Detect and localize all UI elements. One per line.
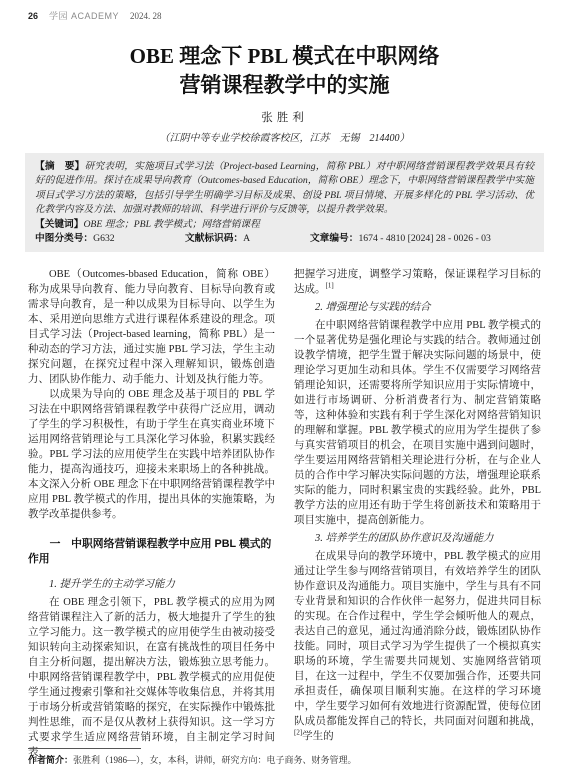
section-heading-1: 一 中职网络营销课程教学中应用 PBL 模式的作用 xyxy=(28,537,275,567)
paragraph-point1-continued: 把握学习进度，调整学习策略，保证课程学习目标的达成。[1] xyxy=(294,267,541,297)
article-no-label: 文章编号： xyxy=(310,233,358,244)
clc-item: 中图分类号：G632 xyxy=(35,232,185,246)
clc-label: 中图分类号： xyxy=(35,233,93,244)
paragraph-point3: 在成果导向的教学环境中，PBL 教学模式的应用通过让学生参与网络营销项目，有效培… xyxy=(294,549,541,744)
author-bio-text: 张胜利（1986—），女，本科，讲师，研究方向：电子商务、财务管理。 xyxy=(73,755,357,765)
keywords-label: 【关键词】 xyxy=(35,219,83,230)
issue-number: 2024. 28 xyxy=(130,10,162,22)
body-columns: OBE（Outcomes-bbased Education，简称 OBE）称为成… xyxy=(28,267,541,760)
paragraph-intro-1: OBE（Outcomes-bbased Education，简称 OBE）称为成… xyxy=(28,267,275,387)
article-title-line2: 营销课程教学中的实施 xyxy=(180,73,390,97)
page-number: 26 xyxy=(28,10,38,22)
article-no-item: 文章编号：1674 - 4810 [2024] 28 - 0026 - 03 xyxy=(310,232,534,246)
doc-code-item: 文献标识码：A xyxy=(185,232,310,246)
sub-heading-1: 1. 提升学生的主动学习能力 xyxy=(28,577,275,592)
paragraph-point3-text: 在成果导向的教学环境中，PBL 教学模式的应用通过让学生参与网络营销项目，有效培… xyxy=(294,551,541,727)
left-column: OBE（Outcomes-bbased Education，简称 OBE）称为成… xyxy=(28,267,275,760)
keywords-line: 【关键词】OBE 理念；PBL 教学模式；网络营销课程 xyxy=(35,218,534,232)
keywords-text: OBE 理念；PBL 教学模式；网络营销课程 xyxy=(83,219,259,230)
citation-2: [2] xyxy=(294,729,302,737)
paragraph-intro-2: 以成果为导向的 OBE 理念及基于项目的 PBL 学习法在中职网络营销课程教学中… xyxy=(28,387,275,522)
footnote-divider xyxy=(28,748,141,749)
paragraph-point3-tail: 学生的 xyxy=(302,731,334,742)
author-bio: 作者简介：张胜利（1986—），女，本科，讲师，研究方向：电子商务、财务管理。 xyxy=(28,754,541,767)
author-bio-footnote: 作者简介：张胜利（1986—），女，本科，讲师，研究方向：电子商务、财务管理。 xyxy=(28,748,541,767)
journal-article-page: 26 学园 ACADEMY 2024. 28 OBE 理念下 PBL 模式在中职… xyxy=(0,0,569,783)
right-column: 把握学习进度，调整学习策略，保证课程学习目标的达成。[1] 2. 增强理论与实践… xyxy=(294,267,541,760)
doc-code-label: 文献标识码： xyxy=(185,233,243,244)
author-bio-label: 作者简介： xyxy=(28,755,73,765)
paragraph-point2: 在中职网络营销课程教学中应用 PBL 教学模式的一个显著优势是强化理论与实践的结… xyxy=(294,318,541,528)
sub-heading-3: 3. 培养学生的团队协作意识及沟通能力 xyxy=(294,531,541,546)
abstract-box: 【摘 要】研究表明，实施项目式学习法（Project-based Learnin… xyxy=(25,153,544,252)
article-title-line1: OBE 理念下 PBL 模式在中职网络 xyxy=(130,44,440,68)
article-title: OBE 理念下 PBL 模式在中职网络 营销课程教学中的实施 xyxy=(28,42,541,100)
author-name: 张胜利 xyxy=(28,109,541,125)
classification-row: 中图分类号：G632 文献标识码：A 文章编号：1674 - 4810 [202… xyxy=(35,232,534,246)
abstract-paragraph: 【摘 要】研究表明，实施项目式学习法（Project-based Learnin… xyxy=(35,160,534,218)
clc-value: G632 xyxy=(93,233,115,244)
author-affiliation: （江阴中等专业学校徐霞客校区，江苏 无锡 214400） xyxy=(28,129,541,144)
abstract-label: 【摘 要】 xyxy=(35,161,85,172)
paragraph-point1: 在 OBE 理念引领下，PBL 教学模式的应用为网络营销课程注入了新的活力，极大… xyxy=(28,595,275,760)
abstract-text: 研究表明，实施项目式学习法（Project-based Learning，简称 … xyxy=(35,161,534,215)
article-no-value: 1674 - 4810 [2024] 28 - 0026 - 03 xyxy=(358,233,490,244)
running-head: 26 学园 ACADEMY 2024. 28 xyxy=(28,10,541,22)
sub-heading-2: 2. 增强理论与实践的结合 xyxy=(294,300,541,315)
journal-name: 学园 ACADEMY xyxy=(49,10,119,22)
doc-code-value: A xyxy=(243,233,250,244)
citation-1: [1] xyxy=(326,282,334,290)
